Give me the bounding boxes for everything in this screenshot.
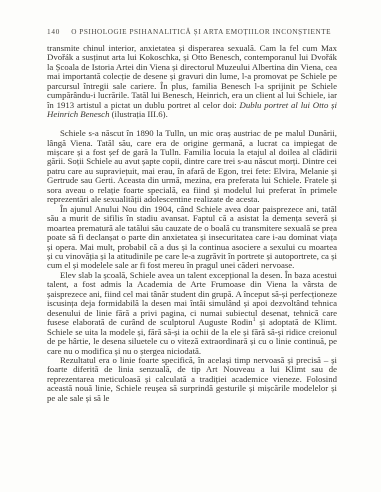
text-segment: În ajunul Anului Nou din 1904, când Schi… xyxy=(47,204,337,271)
paragraph-5: Rezultatul era o linie foarte specifică,… xyxy=(47,356,337,403)
running-header: 140 O PSIHOLOGIE PSIHANALITICĂ ȘI ARTA E… xyxy=(47,28,339,36)
running-title: O PSIHOLOGIE PSIHANALITICĂ ȘI ARTA EMOȚI… xyxy=(71,28,331,36)
book-page: 140 O PSIHOLOGIE PSIHANALITICĂ ȘI ARTA E… xyxy=(0,0,381,492)
page-number: 140 xyxy=(47,28,60,36)
paragraph-4: Elev slab la școală, Schiele avea un tal… xyxy=(47,271,337,356)
paragraph-2: Schiele s-a născut în 1890 la Tulln, un … xyxy=(47,129,337,205)
body-text: transmite chinul interior, anxietatea și… xyxy=(47,44,337,403)
text-segment: Schiele s-a născut în 1890 la Tulln, un … xyxy=(47,128,337,204)
paragraph-3: În ajunul Anului Nou din 1904, când Schi… xyxy=(47,205,337,271)
text-segment: Rezultatul era o linie foarte specifică,… xyxy=(47,355,337,403)
text-segment: (ilustrația III.6). xyxy=(109,109,167,119)
paragraph-1: transmite chinul interior, anxietatea și… xyxy=(47,44,337,120)
